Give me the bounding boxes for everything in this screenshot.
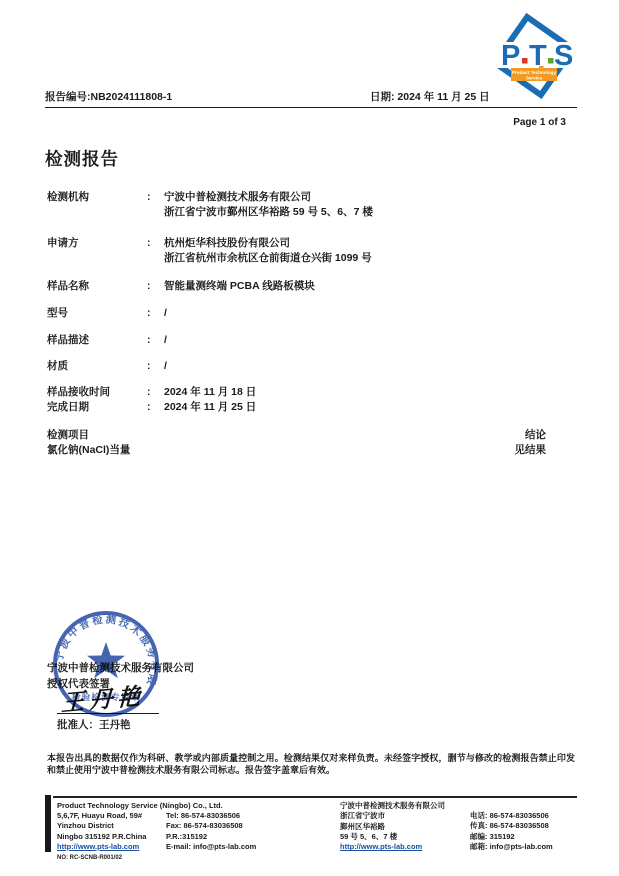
footer-en-email[interactable]: E-mail: info@pts-lab.com [166, 842, 296, 852]
report-number: 报告编号:NB2024111808-1 [45, 89, 172, 104]
footer-en-postal: P.R.:315192 [166, 832, 296, 842]
footer-cn-postal: 邮编: 315192 [470, 832, 600, 842]
field-colon: : [147, 279, 164, 294]
footer-accent-bar [45, 795, 51, 852]
results-header-row: 检测项目 结论 [47, 428, 577, 443]
field-label: 申请方 [47, 236, 147, 266]
stamp-ring-text: 宁波中普检测技术服务有限公司 [48, 606, 160, 689]
stamp-bottom-text: 检验检测专用章 [72, 691, 141, 702]
company-stamp: 宁波中普检测技术服务有限公司 检验检测专用章 [48, 606, 164, 722]
footer-cn-email[interactable]: 邮箱: info@pts-lab.com [470, 842, 600, 852]
field-value: 杭州炬华科技股份有限公司 浙江省杭州市余杭区仓前街道仓兴街 1099 号 [164, 236, 577, 266]
field-value: / [164, 359, 577, 374]
header-divider [45, 107, 577, 108]
star-icon [87, 642, 125, 678]
test-report-page: P T S Product Technology Service 报告编号:NB… [0, 0, 619, 876]
field-value-line: 杭州炬华科技股份有限公司 [164, 236, 577, 251]
field-label: 材质 [47, 359, 147, 374]
field-value-line: 宁波中普检测技术服务有限公司 [164, 190, 577, 205]
field-colon: : [147, 236, 164, 266]
disclaimer-text: 本报告出具的数据仅作为科研、教学或内部质量控制之用。检测结果仅对来样负责。未经签… [47, 753, 575, 776]
footer-doc-number: NO: RC-SCNB-R001/02 [57, 853, 167, 863]
results-data-row: 氯化钠(NaCl)当量 见结果 [47, 443, 577, 458]
page-number: Page 1 of 3 [513, 117, 566, 128]
footer-cn-fax: 传真: 86-574-83036508 [470, 821, 600, 831]
field-value-line: 浙江省宁波市鄞州区华裕路 59 号 5、6、7 楼 [164, 205, 577, 220]
logo-tagline-line1: Product Technology [512, 70, 557, 75]
field-colon: : [147, 359, 164, 374]
conclusion-header: 结论 [525, 428, 577, 443]
report-date: 日期: 2024 年 11 月 25 日 [370, 89, 490, 104]
footer-cn-tel: 电话: 86-574-83036506 [470, 811, 600, 821]
field-label: 检测机构 [47, 190, 147, 220]
logo-dot-red-icon [522, 58, 528, 64]
field-row-test-agency: 检测机构 : 宁波中普检测技术服务有限公司 浙江省宁波市鄞州区华裕路 59 号 … [47, 190, 577, 220]
field-value: 智能量测终端 PCBA 线路板模块 [164, 279, 577, 294]
field-row-model: 型号 : / [47, 306, 577, 321]
field-colon: : [147, 400, 164, 415]
footer-company-cn: 宁波中普检测技术服务有限公司 [340, 801, 460, 811]
footer-contact-en: Tel: 86-574-83036506 Fax: 86-574-8303650… [166, 811, 296, 852]
field-row-applicant: 申请方 : 杭州炬华科技股份有限公司 浙江省杭州市余杭区仓前街道仓兴街 1099… [47, 236, 577, 266]
field-row-completion-date: 完成日期 : 2024 年 11 月 25 日 [47, 400, 577, 415]
field-colon: : [147, 385, 164, 400]
footer-website-link-en[interactable]: http://www.pts-lab.com [57, 842, 167, 852]
page-title: 检测报告 [45, 146, 119, 171]
report-fields: 检测机构 : 宁波中普检测技术服务有限公司 浙江省宁波市鄞州区华裕路 59 号 … [47, 190, 577, 415]
field-value: / [164, 333, 577, 348]
footer-cn-addr3: 59 号 5、6、7 楼 [340, 832, 460, 842]
field-label: 完成日期 [47, 400, 147, 415]
field-value-line: 浙江省杭州市余杭区仓前街道仓兴街 1099 号 [164, 251, 577, 266]
pts-logo: P T S Product Technology Service [484, 8, 584, 108]
logo-letter-t: T [529, 40, 547, 72]
test-items-header: 检测项目 [47, 428, 89, 443]
field-value: 宁波中普检测技术服务有限公司 浙江省宁波市鄞州区华裕路 59 号 5、6、7 楼 [164, 190, 577, 220]
field-label: 样品接收时间 [47, 385, 147, 400]
field-value: 2024 年 11 月 18 日 [164, 385, 577, 400]
logo-tagline-line2: Service [526, 76, 543, 81]
footer-cn-addr2: 鄞州区华裕路 [340, 822, 460, 832]
footer-en-fax: Fax: 86-574-83036508 [166, 821, 296, 831]
footer-address-cn: 宁波中普检测技术服务有限公司 浙江省宁波市 鄞州区华裕路 59 号 5、6、7 … [340, 801, 460, 852]
footer-contact-cn: 电话: 86-574-83036506 传真: 86-574-83036508 … [470, 811, 600, 852]
field-row-sample-name: 样品名称 : 智能量测终端 PCBA 线路板模块 [47, 279, 577, 294]
test-item: 氯化钠(NaCl)当量 [47, 443, 130, 458]
field-row-material: 材质 : / [47, 359, 577, 374]
footer-en-addr1: 5,6,7F, Huayu Road, 59# [57, 811, 167, 821]
footer-website-link-cn[interactable]: http://www.pts-lab.com [340, 842, 460, 852]
footer-en-addr2: Yinzhou District [57, 821, 167, 831]
field-label: 型号 [47, 306, 147, 321]
footer-cn-addr1: 浙江省宁波市 [340, 811, 460, 821]
footer-en-addr3: Ningbo 315192 P.R.China [57, 832, 167, 842]
footer-en-tel: Tel: 86-574-83036506 [166, 811, 296, 821]
field-row-sample-received-date: 样品接收时间 : 2024 年 11 月 18 日 [47, 385, 577, 400]
logo-dot-green-icon [548, 58, 554, 64]
footer-divider [53, 796, 577, 798]
test-conclusion: 见结果 [515, 443, 578, 458]
field-row-sample-description: 样品描述 : / [47, 333, 577, 348]
logo-letter-s: S [554, 40, 573, 72]
logo-letter-p: P [501, 40, 520, 72]
field-colon: : [147, 333, 164, 348]
field-colon: : [147, 306, 164, 321]
footer-address-en: 5,6,7F, Huayu Road, 59# Yinzhou District… [57, 801, 167, 863]
field-value: 2024 年 11 月 25 日 [164, 400, 577, 415]
field-colon: : [147, 190, 164, 220]
field-label: 样品描述 [47, 333, 147, 348]
field-value: / [164, 306, 577, 321]
results-section: 检测项目 结论 氯化钠(NaCl)当量 见结果 [47, 428, 577, 458]
field-label: 样品名称 [47, 279, 147, 294]
